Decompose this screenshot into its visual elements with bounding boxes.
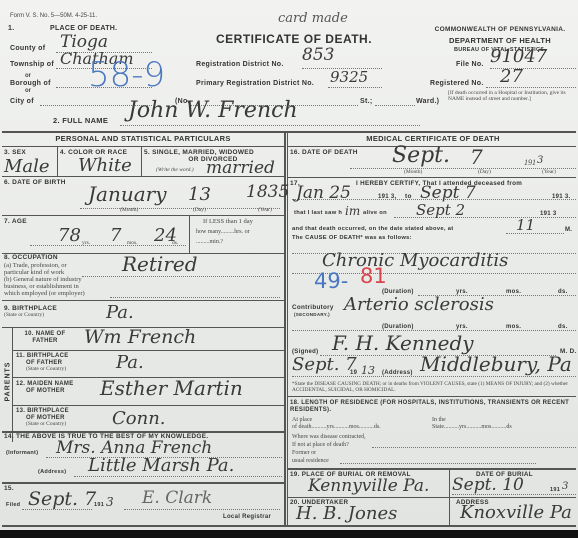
death-time-value: 11 <box>516 218 535 233</box>
personal-section-title: PERSONAL AND STATISTICAL PARTICULARS <box>2 135 284 143</box>
duration-mos: mos. <box>506 289 521 295</box>
duration-ds: ds. <box>558 324 568 330</box>
burial-year-prefix: 191 <box>550 488 560 494</box>
scan-edge <box>0 530 578 538</box>
city-label: City of <box>10 98 34 105</box>
date-of-death-label: 16. DATE OF DEATH <box>290 150 358 157</box>
dod-year-suffix: 3 <box>537 156 543 166</box>
father-name-label: 10. NAME OF <box>16 331 74 337</box>
duration-ds: ds. <box>558 289 568 295</box>
or-label: or <box>25 73 31 79</box>
file-number-value: 91047 <box>490 48 547 66</box>
footnote: *State the DISEASE CAUSING DEATH; or in … <box>292 381 576 393</box>
signed-date-value: Sept. 7 <box>292 356 357 374</box>
ds-unit: ds. <box>172 241 178 247</box>
where-contracted-label: Where was disease contracted, <box>292 434 366 440</box>
full-name-value: John W. French <box>128 100 298 122</box>
attended-from-year: 191 3, <box>378 194 396 200</box>
attended-from-value: Jan 25 <box>296 185 351 202</box>
signed-year-prefix: 19 <box>350 370 357 376</box>
occupation-b-text-3: which employed (or employer) <box>4 291 85 298</box>
mother-name-label-2: OF MOTHER <box>26 388 65 394</box>
mos-unit: mos. <box>127 241 138 247</box>
dod-day-value: 7 <box>470 147 483 167</box>
former-or-label: Former or <box>292 450 316 456</box>
certificate-title: CERTIFICATE OF DEATH. <box>216 33 372 45</box>
sex-value: Male <box>4 158 50 176</box>
last-saw-value: Sept 2 <box>416 203 465 218</box>
death-certificate: Form V. S. No. 5—50M. 4-25-11. 1. PLACE … <box>0 0 578 538</box>
commonwealth-label: COMMONWEALTH OF PENNSYLVANIA. <box>424 27 576 34</box>
secondary-label: (SECONDARY.) <box>294 313 330 318</box>
mother-birthplace-hint: (State or Country) <box>26 422 66 428</box>
file-number-label: File No. <box>456 61 484 68</box>
father-name-value: Wm French <box>84 328 196 347</box>
dod-year-prefix: 191 <box>524 159 536 167</box>
department-label: DEPARTMENT OF HEALTH <box>424 37 576 45</box>
full-name-label: 2. FULL NAME <box>53 117 108 125</box>
cause-code-blue: 49- <box>314 271 348 292</box>
cause-code-red: 81 <box>360 266 387 287</box>
if-not-place-label: If not at place of death? <box>292 442 349 448</box>
color-race-value: White <box>78 157 132 175</box>
township-label: Township of <box>10 61 54 68</box>
age-months-value: 7 <box>110 227 121 245</box>
marital-status-value: married <box>206 160 275 177</box>
contributory-label: Contributory <box>292 305 334 311</box>
signed-year-suffix: 13 <box>361 365 375 376</box>
mother-name-value: Esther Martin <box>100 378 243 398</box>
duration-yrs: yrs. <box>456 324 468 330</box>
undertaker-address-value: Knoxville Pa <box>460 504 572 522</box>
blue-code-annotation: 58-9 <box>88 58 165 92</box>
registration-district-value: 853 <box>302 47 334 64</box>
residence-label: 18. LENGTH OF RESIDENCE (FOR HOSPITALS, … <box>290 400 574 413</box>
informant-address-value: Little Marsh Pa. <box>88 457 234 475</box>
age-label: 7. AGE <box>4 219 27 226</box>
occupation-label: 8. OCCUPATION <box>4 255 58 262</box>
less-than-day-text-2: how many.........hrs. or <box>196 229 250 235</box>
dob-year-value: 1835 <box>246 184 289 201</box>
dob-month-value: January <box>88 184 167 204</box>
card-made-annotation: card made <box>278 12 348 25</box>
age-years-value: 78 <box>58 227 81 245</box>
year-caption: (Year) <box>542 170 556 176</box>
registered-number-label: Registered No. <box>430 80 484 87</box>
usual-residence-label: usual residence <box>292 458 329 464</box>
attended-to-year: 191 3. <box>552 194 570 200</box>
mother-birthplace-value: Conn. <box>112 410 166 428</box>
filed-section-number: 15. <box>4 486 14 493</box>
at-place-label: At place <box>292 417 312 423</box>
occupation-value: Retired <box>122 254 198 274</box>
day-caption: (Day) <box>193 208 206 214</box>
signed-address-label: (Address) <box>382 370 413 376</box>
month-caption: (Month) <box>404 170 422 176</box>
duration-mos: mos. <box>506 324 521 330</box>
hospital-note: [If death occurred in a Hospital or Inst… <box>448 91 576 103</box>
primary-district-value: 9325 <box>330 70 368 85</box>
local-registrar-label: Local Registrar <box>223 514 271 520</box>
date-of-birth-label: 6. DATE OF BIRTH <box>4 180 66 187</box>
signed-address-value: Middlebury, Pa <box>420 354 572 374</box>
father-birthplace-label: 11. BIRTHPLACE <box>16 353 69 359</box>
county-label: County of <box>10 45 45 52</box>
less-than-day-text: If LESS than 1 day <box>203 219 253 226</box>
to-label: to <box>405 194 412 201</box>
dod-month-value: Sept. <box>392 145 450 167</box>
filed-date-value: Sept. 7 <box>28 490 96 509</box>
duration-label: (Duration) <box>382 324 414 330</box>
cause-of-death-label: The CAUSE OF DEATH* was as follows: <box>292 236 412 242</box>
mother-name-label: 12. MAIDEN NAME <box>16 381 74 387</box>
last-saw-label-2: alive on <box>363 211 387 217</box>
registrar-signature: E. Clark <box>142 490 212 507</box>
less-than-day-text-3: .........min.? <box>196 239 223 245</box>
borough-label: Borough of <box>10 80 51 87</box>
filed-label: Filed <box>6 503 20 509</box>
ward-label: Ward.) <box>416 98 439 105</box>
year-caption: (Year) <box>258 208 272 214</box>
medical-section-title: MEDICAL CERTIFICATE OF DEATH <box>290 135 576 143</box>
primary-district-label: Primary Registration District No. <box>196 80 314 87</box>
street-label: St.; <box>360 98 372 105</box>
burial-year-suffix: 3 <box>562 482 568 492</box>
mother-birthplace-label: 13. BIRTHPLACE <box>16 408 69 414</box>
state-label: State..........yrs..........mos.........… <box>432 424 512 430</box>
parents-vertical-label: PARENTS <box>4 362 11 402</box>
birthplace-hint: (State or Country) <box>4 313 44 319</box>
burial-place-value: Kennyville Pa. <box>308 478 429 495</box>
contributory-value: Arterio sclerosis <box>344 296 494 314</box>
death-time-text: and that death occurred, on the date sta… <box>292 227 454 233</box>
undertaker-value: H. B. Jones <box>296 505 397 523</box>
place-of-death-heading: PLACE OF DEATH. <box>50 25 117 32</box>
registration-district-label: Registration District No. <box>196 61 284 68</box>
informant-label: (Informant) <box>6 451 38 457</box>
registered-number-value: 27 <box>500 68 523 86</box>
last-saw-label: that I last saw h <box>294 211 342 217</box>
death-time-suffix: M. <box>565 227 572 233</box>
marital-hint: (Write the word.) <box>156 168 194 174</box>
burial-date-value: Sept. 10 <box>452 477 524 494</box>
day-caption: (Day) <box>478 170 491 176</box>
of-death-label: of death..........yrs..........mos......… <box>292 424 381 430</box>
last-saw-year: 191 3 <box>540 211 557 217</box>
month-caption: (Month) <box>120 208 138 214</box>
cause-of-death-value: Chronic Myocarditis <box>322 252 508 270</box>
informant-address-label: (Address) <box>38 470 66 476</box>
or-label: or <box>25 88 31 94</box>
father-name-label-2: FATHER <box>16 338 74 344</box>
dob-day-value: 13 <box>188 186 211 204</box>
filed-year-suffix: 3 <box>106 496 114 508</box>
physician-signature: F. H. Kennedy <box>332 333 474 353</box>
yrs-unit: yrs. <box>82 241 90 247</box>
attended-to-value: Sept 7 <box>420 185 476 202</box>
birthplace-value: Pa. <box>106 304 134 322</box>
last-saw-pronoun: im <box>345 205 360 217</box>
section-1-number: 1. <box>8 25 14 32</box>
form-number: Form V. S. No. 5—50M. 4-25-11. <box>10 13 97 19</box>
father-birthplace-value: Pa. <box>116 354 144 372</box>
father-birthplace-hint: (State or Country) <box>26 367 66 373</box>
filed-year-prefix: 191 <box>94 503 104 509</box>
in-the-label: In the <box>432 417 446 423</box>
